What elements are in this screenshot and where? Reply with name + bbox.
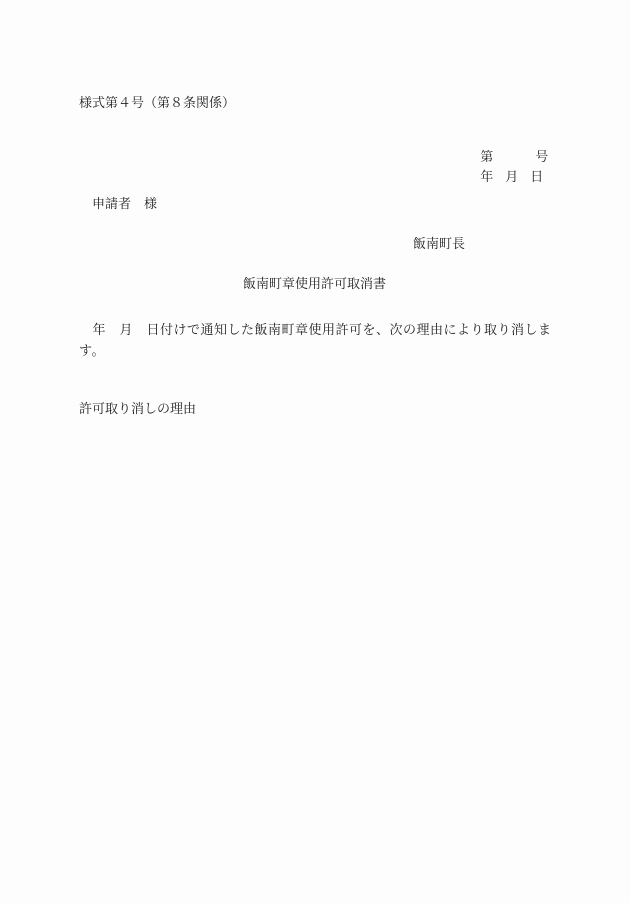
date-day: 日	[530, 171, 543, 184]
form-number-label: 様式第４号（第８条関係）	[79, 97, 235, 110]
issuer-name: 飯南町長	[413, 238, 465, 251]
date-month: 月	[505, 171, 530, 184]
date-line: 年月日	[472, 158, 543, 184]
reason-heading: 許可取り消しの理由	[79, 403, 196, 416]
date-year: 年	[480, 171, 505, 184]
body-paragraph: 年 月 日付けで通知した飯南町章使用許可を、次の理由により取り消します。	[79, 320, 559, 362]
document-title: 飯南町章使用許可取消書	[243, 278, 386, 291]
document-page: { "document": { "form_number": "様式第４号（第８…	[0, 0, 630, 903]
recipient-line: 申請者 様	[79, 198, 157, 211]
